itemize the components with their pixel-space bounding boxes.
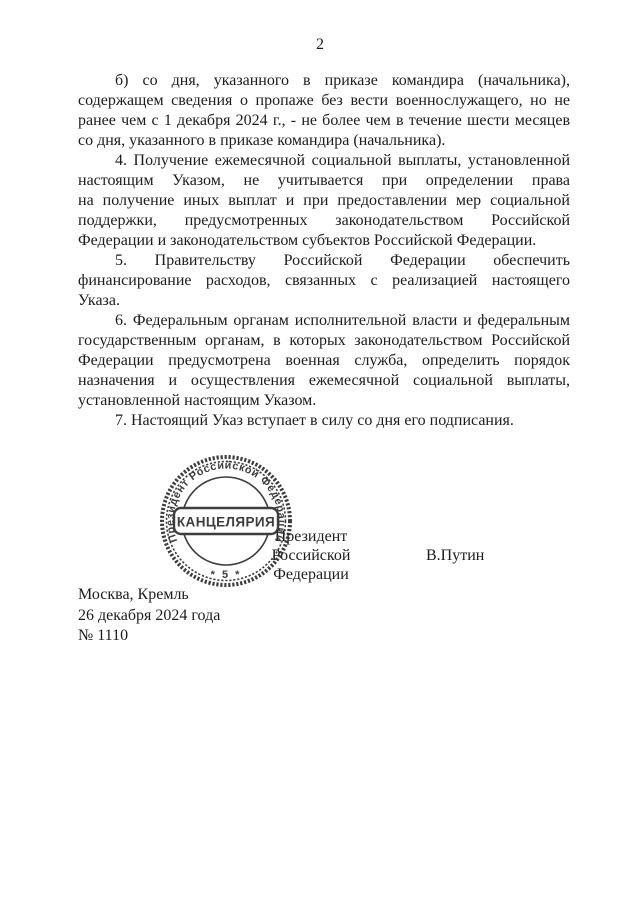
- decree-number: № 1110: [78, 626, 220, 647]
- stamp-bottom-text: * 5 *: [211, 569, 242, 581]
- body-line: установленной настоящим Указом.: [78, 391, 570, 411]
- signature-name: В.Путин: [426, 546, 484, 565]
- issuance-place: Москва, Кремль: [78, 585, 220, 606]
- body-line: Указа.: [78, 291, 570, 311]
- body-line: со дня, указанного в приказе командира (…: [78, 131, 570, 151]
- body-line: содержащем сведения о пропаже без вести …: [78, 91, 570, 111]
- body-text: б) со дня, указанного в приказе командир…: [78, 71, 570, 431]
- body-line: 5. Правительству Российской Федерации об…: [78, 251, 570, 271]
- chancellery-stamp-icon: Президент Российской Федерации КАНЦЕЛЯРИ…: [151, 446, 301, 596]
- body-line: ранее чем с 1 декабря 2024 г., - не боле…: [78, 111, 570, 131]
- body-line: на получение иных выплат и при предостав…: [78, 191, 570, 211]
- decree-page: 2 б) со дня, указанного в приказе команд…: [0, 0, 640, 905]
- body-line: назначения и осуществления ежемесячной с…: [78, 371, 570, 391]
- body-line: настоящим Указом, не учитывается при опр…: [78, 171, 570, 191]
- body-line: 7. Настоящий Указ вступает в силу со дня…: [78, 411, 570, 431]
- body-line: финансирование расходов, связанных с реа…: [78, 271, 570, 291]
- issuance-date: 26 декабря 2024 года: [78, 606, 220, 627]
- stamp-center-text: КАНЦЕЛЯРИЯ: [177, 515, 275, 530]
- body-line: государственным органам, в которых закон…: [78, 331, 570, 351]
- issuance-block: Москва, Кремль 26 декабря 2024 года № 11…: [78, 585, 220, 647]
- body-line: б) со дня, указанного в приказе командир…: [78, 71, 570, 91]
- body-line: Федерации предусмотрена военная служба, …: [78, 351, 570, 371]
- body-line: 4. Получение ежемесячной социальной выпл…: [78, 151, 570, 171]
- body-line: 6. Федеральным органам исполнительной вл…: [78, 311, 570, 331]
- body-line: Федерации и законодательством субъектов …: [78, 231, 570, 251]
- page-number: 2: [0, 36, 640, 54]
- body-line: поддержки, предусмотренных законодательс…: [78, 211, 570, 231]
